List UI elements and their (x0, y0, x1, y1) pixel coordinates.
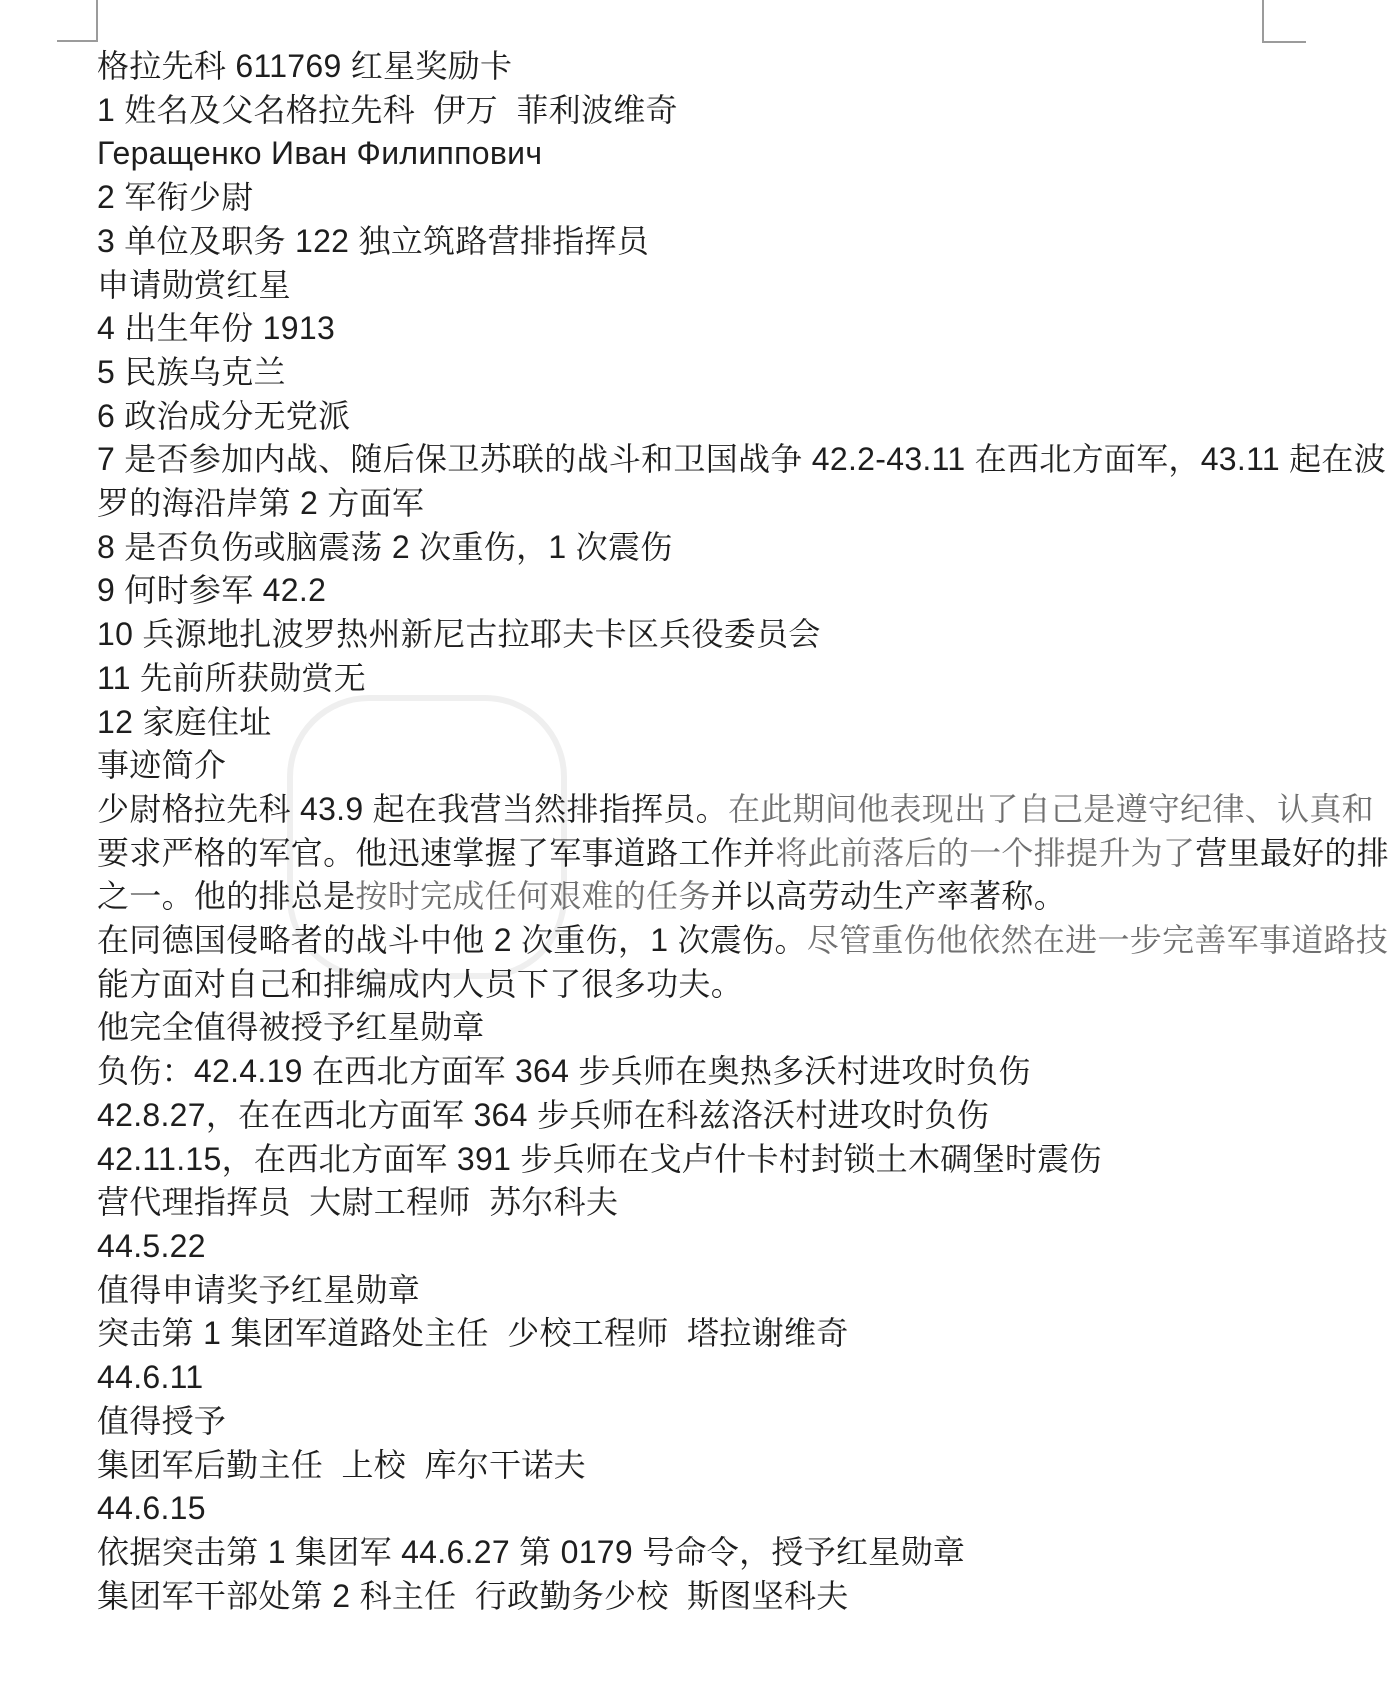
document-page: 格拉先科 611769 红星奖励卡1 姓名及父名格拉先科 伊万 菲利波维奇Гер… (0, 0, 1400, 1681)
text-line: 突击第 1 集团军道路处主任 少校工程师 塔拉谢维奇 (97, 1312, 1300, 1356)
text-line: 能方面对自己和排编成内人员下了很多功夫。 (97, 963, 1300, 1007)
text-line: 42.8.27，在在西北方面军 364 步兵师在科兹洛沃村进攻时负伤 (97, 1094, 1300, 1138)
text-line: 11 先前所获勋赏无 (97, 657, 1300, 701)
text-segment: 他完全值得被授予红星勋章 (97, 1009, 485, 1045)
text-segment: 并以高劳动生产率著称。 (711, 878, 1066, 914)
text-segment: 之一。他的排总是 (97, 878, 355, 914)
text-line: 2 军衔少尉 (97, 176, 1300, 220)
text-segment: 集团军后勤主任 上校 库尔干诺夫 (97, 1447, 586, 1483)
text-line: 少尉格拉先科 43.9 起在我营当然排指挥员。在此期间他表现出了自己是遵守纪律、… (97, 788, 1300, 832)
text-line: 42.11.15，在西北方面军 391 步兵师在戈卢什卡村封锁土木碉堡时震伤 (97, 1138, 1300, 1182)
text-line: 他完全值得被授予红星勋章 (97, 1006, 1300, 1050)
text-line: 44.6.11 (97, 1356, 1300, 1400)
text-segment: 5 民族乌克兰 (97, 354, 286, 390)
text-segment: 11 先前所获勋赏无 (97, 660, 366, 696)
text-segment: 7 是否参加内战、随后保卫苏联的战斗和卫国战争 42.2-43.11 在西北方面… (97, 441, 1386, 477)
text-segment: 负伤：42.4.19 在西北方面军 364 步兵师在奥热多沃村进攻时负伤 (97, 1053, 1031, 1089)
document-text-block: 格拉先科 611769 红星奖励卡1 姓名及父名格拉先科 伊万 菲利波维奇Гер… (97, 45, 1300, 1618)
text-line: 集团军后勤主任 上校 库尔干诺夫 (97, 1444, 1300, 1488)
text-boundary-mark-top-left (57, 0, 98, 42)
text-segment: 按时完成任何艰难的任务 (355, 878, 710, 914)
text-line: 在同德国侵略者的战斗中他 2 次重伤，1 次震伤。尽管重伤他依然在进一步完善军事… (97, 919, 1300, 963)
text-line: 申请勋赏红星 (97, 264, 1300, 308)
text-segment: 在同德国侵略者的战斗中他 2 次重伤，1 次震伤。 (97, 922, 807, 958)
text-line: 12 家庭住址 (97, 701, 1300, 745)
text-segment: 集团军干部处第 2 科主任 行政勤务少校 斯图坚科夫 (97, 1578, 849, 1614)
text-segment: 8 是否负伤或脑震荡 2 次重伤，1 次震伤 (97, 529, 673, 565)
text-segment: 3 单位及职务 122 独立筑路营排指挥员 (97, 223, 649, 259)
text-line: 5 民族乌克兰 (97, 351, 1300, 395)
text-segment: 突击第 1 集团军道路处主任 少校工程师 塔拉谢维奇 (97, 1315, 849, 1351)
text-line: 格拉先科 611769 红星奖励卡 (97, 45, 1300, 89)
text-segment: 事迹简介 (97, 747, 226, 783)
text-line: 10 兵源地扎波罗热州新尼古拉耶夫卡区兵役委员会 (97, 613, 1300, 657)
text-segment: 申请勋赏红星 (97, 267, 291, 303)
text-segment: 罗的海沿岸第 2 方面军 (97, 485, 424, 521)
text-segment: 值得申请奖予红星勋章 (97, 1272, 420, 1308)
text-segment: 在此期间他表现出了自己是遵守纪律、认真和 (728, 791, 1374, 827)
text-line: 44.5.22 (97, 1225, 1300, 1269)
text-segment: 格拉先科 611769 红星奖励卡 (97, 48, 512, 84)
text-segment: 12 家庭住址 (97, 704, 272, 740)
text-line: 7 是否参加内战、随后保卫苏联的战斗和卫国战争 42.2-43.11 在西北方面… (97, 438, 1300, 482)
text-line: Геращенко Иван Филиппович (97, 132, 1300, 176)
text-line: 事迹简介 (97, 744, 1300, 788)
text-line: 值得申请奖予红星勋章 (97, 1269, 1300, 1313)
text-segment: 2 军衔少尉 (97, 179, 254, 215)
text-segment: 44.6.11 (97, 1359, 204, 1395)
text-line: 4 出生年份 1913 (97, 307, 1300, 351)
text-line: 8 是否负伤或脑震荡 2 次重伤，1 次震伤 (97, 526, 1300, 570)
text-segment: 值得授予 (97, 1403, 226, 1439)
text-segment: 6 政治成分无党派 (97, 398, 350, 434)
text-line: 9 何时参军 42.2 (97, 569, 1300, 613)
text-segment: 44.5.22 (97, 1228, 206, 1264)
text-segment: 42.8.27，在在西北方面军 364 步兵师在科兹洛沃村进攻时负伤 (97, 1097, 989, 1133)
text-boundary-mark-top-right (1262, 0, 1306, 43)
text-line: 值得授予 (97, 1400, 1300, 1444)
text-segment: Геращенко Иван Филиппович (97, 135, 542, 171)
text-line: 负伤：42.4.19 在西北方面军 364 步兵师在奥热多沃村进攻时负伤 (97, 1050, 1300, 1094)
text-segment: 少尉格拉先科 43.9 起在我营当然排指挥员。 (97, 791, 728, 827)
text-line: 之一。他的排总是按时完成任何艰难的任务并以高劳动生产率著称。 (97, 875, 1300, 919)
text-line: 要求严格的军官。他迅速掌握了军事道路工作并将此前落后的一个排提升为了营里最好的排 (97, 832, 1300, 876)
text-line: 6 政治成分无党派 (97, 395, 1300, 439)
text-segment: 9 何时参军 42.2 (97, 572, 326, 608)
text-segment: 能方面对自己和排编成内人员下了很多功夫。 (97, 966, 743, 1002)
text-line: 罗的海沿岸第 2 方面军 (97, 482, 1300, 526)
text-line: 44.6.15 (97, 1487, 1300, 1531)
text-segment: 4 出生年份 1913 (97, 310, 335, 346)
text-segment: 要求严格的军官。他迅速掌握了军事道路工作并 (97, 835, 775, 871)
text-segment: 营代理指挥员 大尉工程师 苏尔科夫 (97, 1184, 618, 1220)
text-segment: 1 姓名及父名格拉先科 伊万 菲利波维奇 (97, 92, 678, 128)
text-segment: 将此前落后的一个排提升为了 (775, 835, 1195, 871)
text-segment: 依据突击第 1 集团军 44.6.27 第 0179 号命令，授予红星勋章 (97, 1534, 965, 1570)
text-line: 依据突击第 1 集团军 44.6.27 第 0179 号命令，授予红星勋章 (97, 1531, 1300, 1575)
text-segment: 营里最好的排 (1195, 835, 1389, 871)
text-line: 1 姓名及父名格拉先科 伊万 菲利波维奇 (97, 89, 1300, 133)
text-segment: 44.6.15 (97, 1490, 206, 1526)
text-line: 3 单位及职务 122 独立筑路营排指挥员 (97, 220, 1300, 264)
text-segment: 尽管重伤他依然在进一步完善军事道路技 (807, 922, 1388, 958)
text-line: 营代理指挥员 大尉工程师 苏尔科夫 (97, 1181, 1300, 1225)
text-segment: 42.11.15，在西北方面军 391 步兵师在戈卢什卡村封锁土木碉堡时震伤 (97, 1141, 1102, 1177)
text-line: 集团军干部处第 2 科主任 行政勤务少校 斯图坚科夫 (97, 1575, 1300, 1619)
text-segment: 10 兵源地扎波罗热州新尼古拉耶夫卡区兵役委员会 (97, 616, 821, 652)
